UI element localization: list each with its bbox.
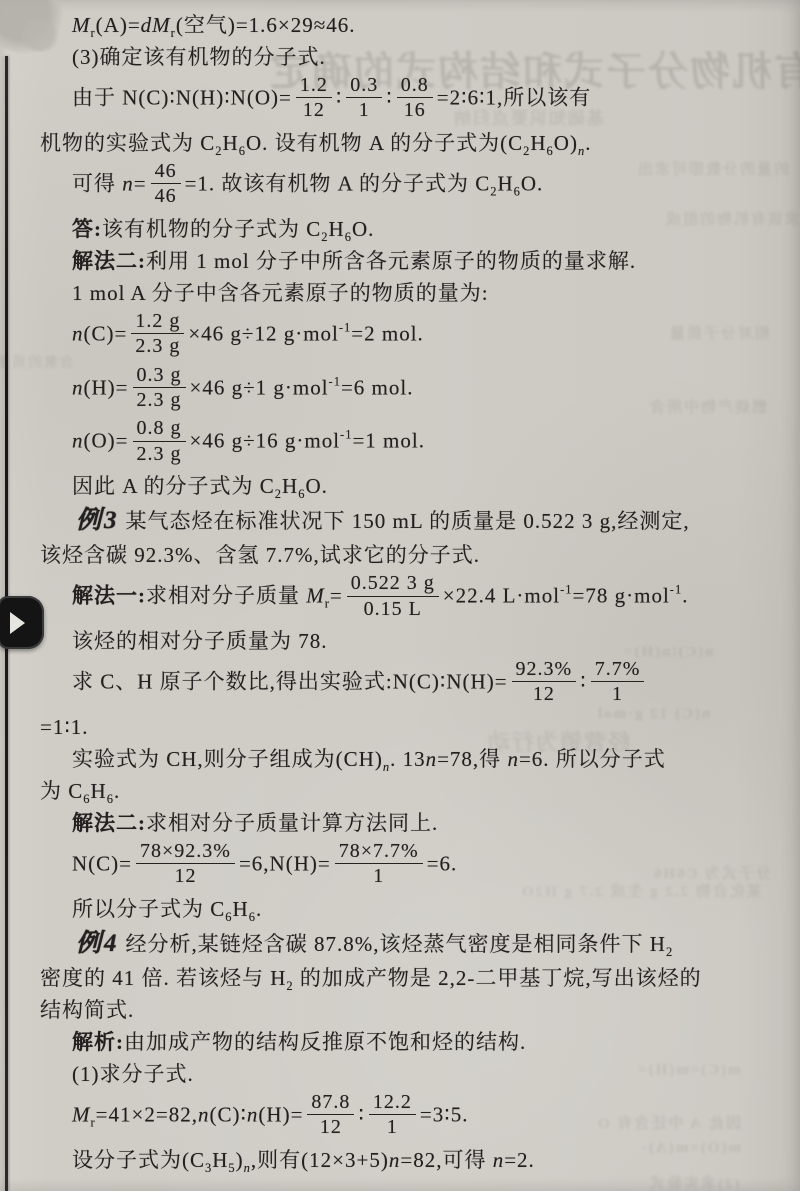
fraction-denominator: 12 (512, 682, 577, 705)
text-run: ×22.4 L·mol (443, 584, 560, 608)
text-run: 利用 1 mol 分子中所含各元素原子的物质的量求解. (146, 249, 636, 273)
content-area: Mr(A)=dMr(空气)=1.6×29≈46.(3)确定该有机物的分子式.由于… (0, 0, 800, 1176)
bold-label: 解法一: (72, 584, 146, 608)
text-run: 该烃的相对分子质量为 78. (72, 629, 328, 653)
subscript: 6 (107, 792, 114, 806)
text-line: 答:该有机物的分子式为 C2H6O. (0, 213, 800, 245)
text-run: ∶ (358, 1103, 364, 1127)
text-line: Mr=41×2=82,n(C)∶n(H)=87.812∶12.21=3∶5. (0, 1090, 800, 1144)
text-line: (3)确定该有机物的分子式. (0, 41, 800, 73)
text-run: 该烃含碳 92.3%、含氢 7.7%,试求它的分子式. (40, 543, 480, 567)
text-run: ,则有(12×3+5) (251, 1148, 389, 1172)
math-variable: n (426, 747, 438, 771)
math-fraction: 87.812 (307, 1091, 354, 1139)
fraction-numerator: 87.8 (307, 1091, 354, 1115)
fraction-numerator: 0.3 (346, 74, 382, 98)
text-line: 可得 n=4646=1. 故该有机物 A 的分子式为 C2H6O. (0, 159, 800, 213)
text-run: 结构简式. (40, 998, 134, 1022)
text-run: H (223, 131, 239, 155)
text-run: (1)求分子式. (72, 1062, 194, 1086)
math-variable: n (122, 172, 134, 196)
math-variable: M (72, 1103, 91, 1127)
fraction-numerator: 1.2 (296, 74, 332, 98)
text-line: 机物的实验式为 C2H6O. 设有机物 A 的分子式为(C2H6O)n. (0, 127, 800, 159)
math-fraction: 4646 (151, 160, 181, 208)
example-marker: 例3 (76, 507, 120, 534)
fraction-denominator: 1 (369, 1115, 416, 1138)
text-run: (C)= (84, 321, 128, 345)
subscript: 6 (225, 910, 232, 924)
text-run: H (329, 217, 345, 241)
text-run: O. (521, 172, 543, 196)
text-run: ∶ (336, 86, 342, 110)
text-run: 机物的实验式为 C (40, 131, 215, 155)
fraction-denominator: 2.3 g (133, 442, 186, 465)
text-run: H (91, 779, 107, 803)
bold-label: 解法二: (72, 811, 146, 835)
text-run: 所以分子式为 C (72, 897, 225, 921)
fraction-numerator: 92.3% (512, 658, 577, 682)
text-line: 例4经分析,某链烃含碳 87.8%,该烃蒸气密度是相同条件下 H2 (0, 925, 800, 962)
text-run: ∶ (386, 86, 392, 110)
fraction-numerator: 0.3 g (133, 364, 186, 388)
text-run: =1. 故该有机物 A 的分子式为 C (185, 172, 491, 196)
subscript: 2 (666, 945, 673, 959)
text-run: =41×2=82, (96, 1103, 198, 1127)
math-fraction: 0.8 g2.3 g (133, 417, 186, 465)
text-run: O. (352, 217, 374, 241)
subscript: 2 (275, 487, 282, 501)
text-run: 该有机物的分子式为 C (102, 217, 321, 241)
fraction-denominator: 2.3 g (131, 334, 184, 357)
math-variable: M (72, 13, 91, 37)
fraction-denominator: 16 (397, 98, 433, 121)
math-fraction: 0.522 3 g0.15 L (347, 572, 439, 620)
subscript: 5 (228, 1161, 235, 1175)
text-line: n(O)=0.8 g2.3 g×46 g÷16 g·mol-1=1 mol. (0, 416, 800, 470)
text-run: ∶ (580, 670, 586, 694)
text-run: =6. (427, 852, 458, 876)
text-run: (H)= (84, 375, 129, 399)
text-run: ) (236, 1148, 244, 1172)
fraction-denominator: 1 (346, 98, 382, 121)
text-run: = (330, 584, 343, 608)
text-line: n(H)=0.3 g2.3 g×46 g÷1 g·mol-1=6 mol. (0, 363, 800, 417)
subscript: 2 (321, 230, 328, 244)
text-run: 求相对分子质量计算方法同上. (146, 811, 438, 835)
superscript: -1 (339, 320, 351, 334)
subscript: 2 (286, 979, 293, 993)
text-run: =78,得 (437, 747, 507, 771)
text-run: 1 mol A 分子中含各元素原子的物质的量为: (72, 281, 489, 305)
text-run: =6. 所以分子式 (519, 747, 666, 771)
math-variable: n (198, 1103, 210, 1127)
subscript: 6 (345, 230, 352, 244)
text-run: =78 g·mol (573, 584, 670, 608)
text-run: . (682, 584, 688, 608)
text-run: (C)∶ (209, 1103, 246, 1127)
fraction-denominator: 12 (296, 98, 332, 121)
text-line: 所以分子式为 C6H6. (0, 893, 800, 925)
math-variable: d (141, 13, 153, 37)
text-run: 设分子式为(C (72, 1148, 205, 1172)
text-run: 某气态烃在标准状况下 150 mL 的质量是 0.522 3 g,经测定, (126, 509, 690, 533)
fraction-numerator: 1.2 g (131, 310, 184, 334)
subscript: n (383, 760, 390, 774)
math-variable: M (152, 13, 171, 37)
math-fraction: 78×92.3%12 (136, 840, 235, 888)
text-line: 解法一:求相对分子质量 Mr=0.522 3 g0.15 L×22.4 L·mo… (0, 571, 800, 625)
bold-label: 答: (72, 217, 102, 241)
text-run: 的加成产物是 2,2-二甲基丁烷,写出该烃的 (294, 966, 702, 990)
text-run: 实验式为 CH,则分子组成为(CH) (72, 747, 383, 771)
text-run: O) (554, 131, 578, 155)
math-fraction: 12.21 (369, 1091, 416, 1139)
text-run: N(C)= (72, 852, 132, 876)
text-run: H (530, 131, 546, 155)
math-variable: n (389, 1148, 401, 1172)
text-run: . (256, 897, 262, 921)
text-run: (A)= (96, 13, 141, 37)
text-run: 由加成产物的结构反推原不饱和烃的结构. (124, 1030, 526, 1054)
text-run: 可得 (72, 172, 122, 196)
text-run: O. 设有机物 A 的分子式为(C (246, 131, 523, 155)
text-line: =1∶1. (0, 711, 800, 743)
subscript: 6 (249, 910, 256, 924)
math-variable: M (306, 584, 325, 608)
fraction-numerator: 46 (151, 160, 181, 184)
text-run: (3)确定该有机物的分子式. (72, 45, 326, 69)
math-variable: n (72, 375, 84, 399)
superscript: -1 (340, 428, 352, 442)
fraction-numerator: 12.2 (369, 1091, 416, 1115)
text-run: ×46 g÷16 g·mol (190, 429, 341, 453)
text-run: (空气)=1.6×29≈46. (176, 13, 356, 37)
math-variable: n (493, 1148, 505, 1172)
text-run: (H)= (258, 1103, 303, 1127)
text-line: 该烃的相对分子质量为 78. (0, 625, 800, 657)
text-run: ×46 g÷1 g·mol (190, 375, 329, 399)
text-run: =1∶1. (40, 715, 89, 739)
text-line: 设分子式为(C3H5)n,则有(12×3+5)n=82,可得 n=2. (0, 1144, 800, 1176)
math-variable: n (247, 1103, 259, 1127)
scanned-page: 有机物分子式和结构式的确定基础知识要点归纳的量的分数即可求出求该有机物的组成相对… (0, 0, 800, 1191)
fraction-denominator: 2.3 g (133, 388, 186, 411)
fraction-denominator: 0.15 L (347, 597, 439, 620)
text-line: 解法二:利用 1 mol 分子中所含各元素原子的物质的量求解. (0, 245, 800, 277)
text-run: 由于 N(C)∶N(H)∶N(O)= (72, 86, 292, 110)
text-run: ×46 g÷12 g·mol (188, 321, 339, 345)
text-run: H (282, 474, 298, 498)
text-line: Mr(A)=dMr(空气)=1.6×29≈46. (0, 9, 800, 41)
superscript: -1 (560, 583, 572, 597)
text-run: 为 C (40, 779, 83, 803)
text-run: =6 mol. (341, 375, 414, 399)
subscript: 2 (215, 144, 222, 158)
text-run: =3∶5. (420, 1103, 469, 1127)
text-run: =2. (504, 1148, 535, 1172)
fraction-numerator: 78×7.7% (335, 840, 423, 864)
text-line: n(C)=1.2 g2.3 g×46 g÷12 g·mol-1=2 mol. (0, 309, 800, 363)
text-run: O. (305, 474, 327, 498)
math-variable: n (72, 429, 84, 453)
text-line: 由于 N(C)∶N(H)∶N(O)=1.212∶0.31∶0.816=2∶6∶1… (0, 73, 800, 127)
text-run: . (585, 131, 591, 155)
subscript: 6 (83, 792, 90, 806)
text-run: 求 C、H 原子个数比,得出实验式:N(C)∶N(H)= (72, 670, 508, 694)
bold-label: 解法二: (72, 249, 146, 273)
text-run: =6,N(H)= (239, 852, 331, 876)
text-line: (1)求分子式. (0, 1058, 800, 1090)
text-run: 因此 A 的分子式为 C (72, 474, 275, 498)
math-fraction: 7.7%1 (591, 658, 645, 706)
text-run: H (212, 1148, 228, 1172)
text-run: H (497, 172, 513, 196)
math-variable: n (507, 747, 519, 771)
text-line: 例3某气态烃在标准状况下 150 mL 的质量是 0.522 3 g,经测定, (0, 502, 800, 539)
text-line: 1 mol A 分子中含各元素原子的物质的量为: (0, 277, 800, 309)
fraction-numerator: 78×92.3% (136, 840, 235, 864)
subscript: 6 (239, 144, 246, 158)
math-fraction: 0.3 g2.3 g (133, 364, 186, 412)
text-line: 求 C、H 原子个数比,得出实验式:N(C)∶N(H)=92.3%12∶7.7%… (0, 657, 800, 711)
math-fraction: 0.816 (397, 74, 433, 122)
superscript: -1 (670, 583, 682, 597)
math-fraction: 78×7.7%1 (335, 840, 423, 888)
fraction-numerator: 0.8 (397, 74, 433, 98)
fraction-numerator: 0.8 g (133, 417, 186, 441)
text-run: . (114, 779, 120, 803)
text-run: = (134, 172, 147, 196)
text-line: 解法二:求相对分子质量计算方法同上. (0, 807, 800, 839)
text-line: 密度的 41 倍. 若该烃与 H2 的加成产物是 2,2-二甲基丁烷,写出该烃的 (0, 962, 800, 994)
subscript: 6 (547, 144, 554, 158)
fraction-denominator: 12 (136, 864, 235, 887)
bold-label: 解析: (72, 1030, 124, 1054)
text-run: =82,可得 (400, 1148, 492, 1172)
text-line: N(C)=78×92.3%12=6,N(H)=78×7.7%1=6. (0, 839, 800, 893)
text-run: . 13 (390, 747, 426, 771)
fraction-numerator: 0.522 3 g (347, 572, 439, 596)
example-marker: 例4 (76, 930, 120, 957)
fraction-denominator: 1 (591, 682, 645, 705)
text-run: =1 mol. (352, 429, 425, 453)
text-run: H (233, 897, 249, 921)
subscript: 6 (514, 185, 521, 199)
fraction-numerator: 7.7% (591, 658, 645, 682)
math-fraction: 1.212 (296, 74, 332, 122)
math-variable: n (72, 321, 84, 345)
fraction-denominator: 1 (335, 864, 423, 887)
text-line: 解析:由加成产物的结构反推原不饱和烃的结构. (0, 1026, 800, 1058)
text-run: 经分析,某链烃含碳 87.8%,该烃蒸气密度是相同条件下 H (126, 932, 666, 956)
text-run: =2 mol. (351, 321, 424, 345)
fraction-denominator: 46 (151, 184, 181, 207)
superscript: -1 (329, 374, 341, 388)
text-run: (O)= (84, 429, 129, 453)
math-fraction: 0.31 (346, 74, 382, 122)
text-line: 实验式为 CH,则分子组成为(CH)n. 13n=78,得 n=6. 所以分子式 (0, 743, 800, 775)
text-line: 结构简式. (0, 994, 800, 1026)
text-run: 密度的 41 倍. 若该烃与 H (40, 966, 286, 990)
text-run: 求相对分子质量 (146, 584, 306, 608)
math-fraction: 92.3%12 (512, 658, 577, 706)
math-fraction: 1.2 g2.3 g (131, 310, 184, 358)
text-run: =2∶6∶1,所以该有 (437, 86, 592, 110)
subscript: n (244, 1161, 251, 1175)
text-line: 为 C6H6. (0, 775, 800, 807)
text-line: 因此 A 的分子式为 C2H6O. (0, 470, 800, 502)
fraction-denominator: 12 (307, 1115, 354, 1138)
text-line: 该烃含碳 92.3%、含氢 7.7%,试求它的分子式. (0, 539, 800, 571)
